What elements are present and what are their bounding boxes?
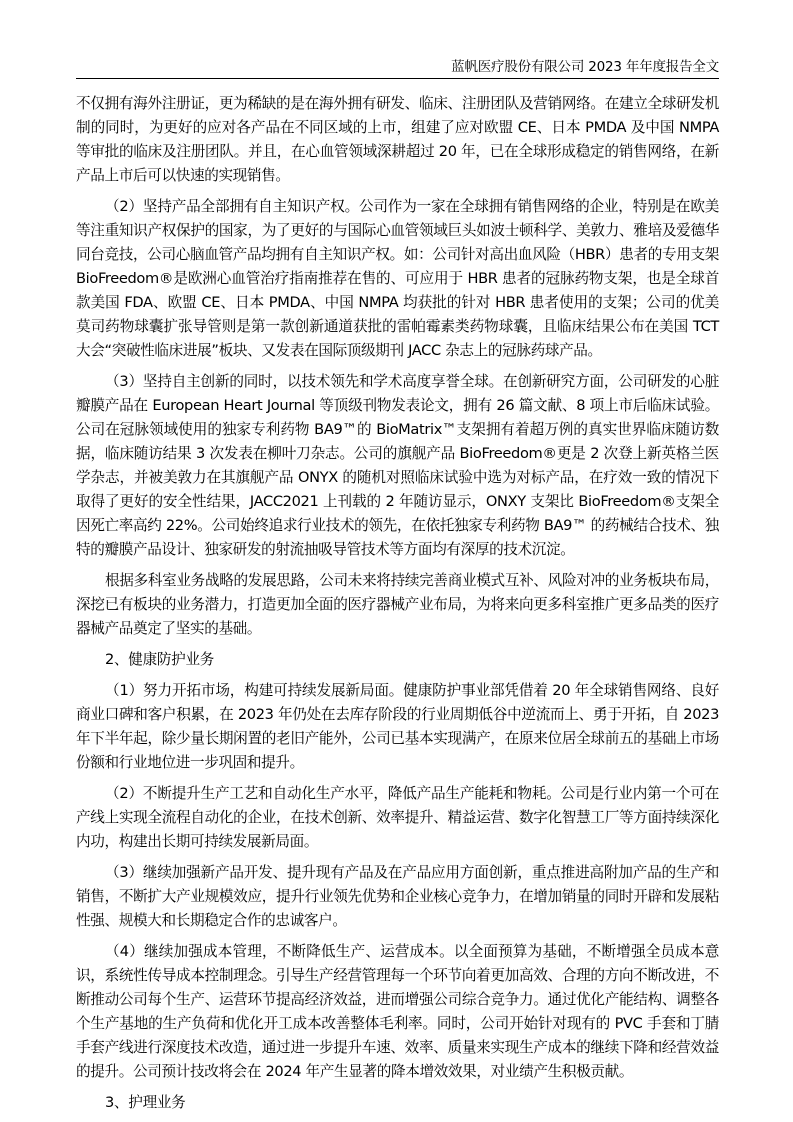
paragraph-automation: （2）不断提升生产工艺和自动化生产水平，降低产品生产能耗和物耗。公司是行业内第一… xyxy=(76,782,719,854)
paragraph-innovation: （3）坚持自主创新的同时，以技术领先和学术高度享誉全球。在创新研究方面，公司研发… xyxy=(76,370,719,562)
document-body: 不仅拥有海外注册证，更为稀缺的是在海外拥有研发、临床、注册团队及营销网络。在建立… xyxy=(76,92,719,1122)
report-title: 蓝帆医疗股份有限公司 2023 年年度报告全文 xyxy=(451,58,719,76)
paragraph-strategy: 根据多科室业务战略的发展思路，公司未来将持续完善商业模式互补、风险对冲的业务板块… xyxy=(76,569,719,641)
paragraph-cost-management: （4）继续加强成本管理，不断降低生产、运营成本。以全面预算为基础，不断增强全员成… xyxy=(76,940,719,1084)
section-heading-health-protection: 2、健康防护业务 xyxy=(76,648,719,672)
section-heading-nursing: 3、护理业务 xyxy=(76,1091,719,1115)
paragraph-intro-continued: 不仅拥有海外注册证，更为稀缺的是在海外拥有研发、临床、注册团队及营销网络。在建立… xyxy=(76,92,719,188)
page-header: 蓝帆医疗股份有限公司 2023 年年度报告全文 xyxy=(76,58,719,79)
paragraph-new-products: （3）继续加强新产品开发、提升现有产品及在产品应用方面创新，重点推进高附加产品的… xyxy=(76,861,719,933)
paragraph-intellectual-property: （2）坚持产品全部拥有自主知识产权。公司作为一家在全球拥有销售网络的企业，特别是… xyxy=(76,195,719,363)
paragraph-market-expansion: （1）努力开拓市场，构建可持续发展新局面。健康防护事业部凭借着 20 年全球销售… xyxy=(76,679,719,775)
